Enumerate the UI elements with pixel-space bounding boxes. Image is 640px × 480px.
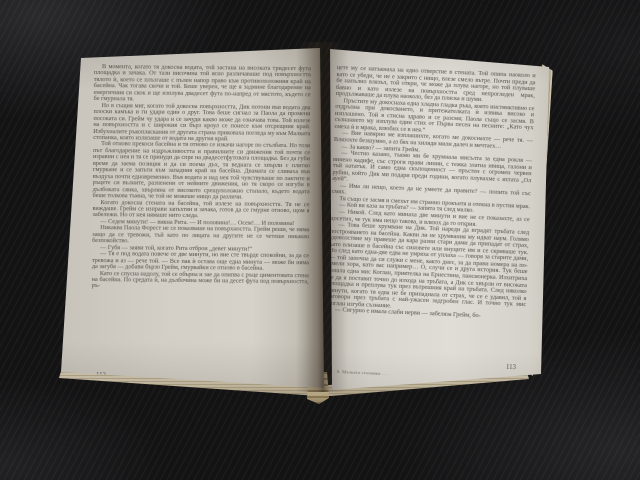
page-113-text: цете му се натъкнаха на едно отверстие в… bbox=[327, 65, 536, 322]
page-112-text: В момента, когато тя докосна водата, той… bbox=[92, 64, 311, 292]
paragraph: Той отново прекоси басейна и тя отново с… bbox=[93, 141, 311, 201]
paragraph: В момента, когато тя докосна водата, той… bbox=[94, 64, 311, 105]
book-page-left: В момента, когато тя докосна водата, той… bbox=[58, 42, 326, 390]
page-number-113: 113 bbox=[506, 364, 516, 371]
signature-footer: 8. Малката стопанка . . . bbox=[337, 369, 389, 376]
paragraph: Но в същия миг, когато той докосна повър… bbox=[93, 103, 310, 144]
book-photo-scene: В момента, когато тя докосна водата, той… bbox=[0, 0, 640, 480]
open-book: В момента, когато тя докосна водата, той… bbox=[0, 0, 640, 480]
book-page-right: цете му се натъкнаха на едно отверстие в… bbox=[323, 42, 555, 394]
paragraph: Като се спусна надолу, той се обърна и з… bbox=[92, 270, 309, 292]
paragraph: — Това беше хрумване на Дик. Той нареди … bbox=[327, 222, 529, 315]
